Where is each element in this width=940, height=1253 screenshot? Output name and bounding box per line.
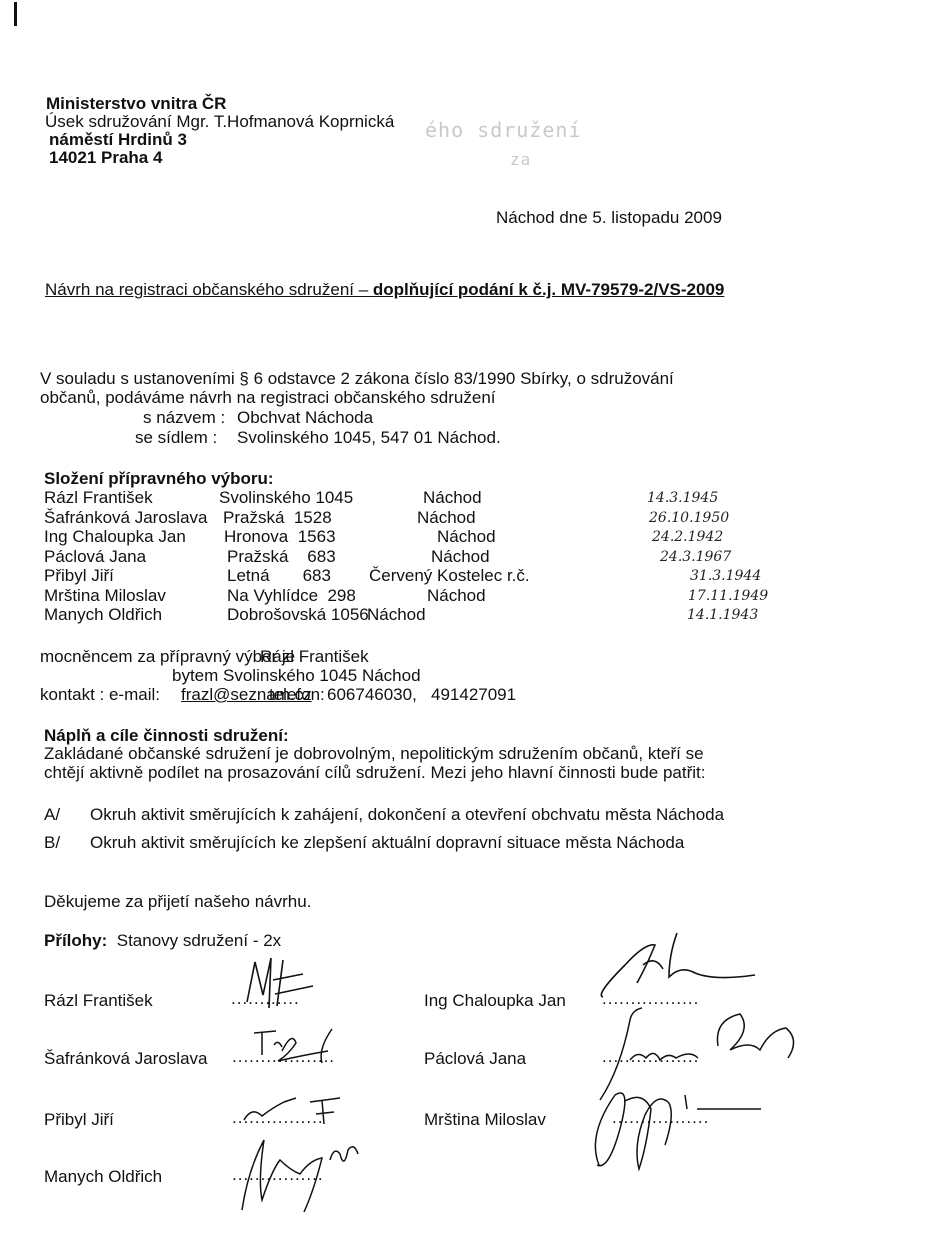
member-street: Hronova 1563 — [224, 528, 336, 545]
attachments-label: Přílohy: — [44, 931, 107, 950]
representative-label: mocněncem za přípravný výbor je — [40, 648, 295, 665]
signatory-name: Manych Oldřich — [44, 1168, 162, 1185]
seat-label: se sídlem : — [135, 429, 217, 446]
member-street: Pražská 683 — [227, 548, 336, 565]
member-birth-date: 31.3.1944 — [690, 569, 761, 583]
member-birth-date: 26.10.1950 — [649, 511, 729, 525]
member-street: Dobrošovská 1056 — [227, 606, 369, 623]
member-name: Rázl František — [44, 489, 153, 506]
signatory-name: Mrština Miloslav — [424, 1111, 546, 1128]
thanks-line: Děkujeme za přijetí našeho návrhu. — [44, 893, 311, 910]
recipient-line3: náměstí Hrdinů 3 — [49, 131, 187, 148]
signatory-name: Rázl František — [44, 992, 153, 1009]
activity-b-text: Okruh aktivit směrujících ke zlepšení ak… — [90, 834, 684, 851]
member-name: Mrština Miloslav — [44, 587, 166, 604]
member-name: Přibyl Jiří — [44, 567, 114, 584]
subject-bold: doplňující podání k č.j. MV-79579-2/VS-2… — [373, 280, 724, 299]
member-city: Červený Kostelec r.č. — [369, 567, 530, 584]
recipient-line4: 14021 Praha 4 — [49, 149, 162, 166]
attachments-line: Přílohy: Stanovy sdružení - 2x — [44, 932, 281, 949]
seat-value: Svolinského 1045, 547 01 Náchod. — [237, 429, 501, 446]
signature-pribyl — [238, 1090, 348, 1130]
member-birth-date: 17.11.1949 — [688, 589, 768, 603]
member-street: Pražská 1528 — [223, 509, 332, 526]
signatory-name: Ing Chaloupka Jan — [424, 992, 566, 1009]
member-city: Náchod — [423, 489, 482, 506]
activity-a-marker: A/ — [44, 806, 60, 823]
intro-line2: občanů, podáváme návrh na registraci obč… — [40, 389, 496, 406]
committee-heading: Složení přípravného výboru: — [44, 470, 274, 487]
subject-line: Návrh na registraci občanského sdružení … — [45, 281, 724, 298]
intro-line1: V souladu s ustanoveními § 6 odstavce 2 … — [40, 370, 674, 387]
member-city: Náchod — [367, 606, 426, 623]
recipient-line1: Ministerstvo vnitra ČR — [46, 95, 226, 112]
member-birth-date: 14.1.1943 — [687, 608, 758, 622]
signatory-name: Páclová Jana — [424, 1050, 526, 1067]
place-date: Náchod dne 5. listopadu 2009 — [496, 209, 722, 226]
member-name: Manych Oldřich — [44, 606, 162, 623]
signature-safrankova — [248, 1025, 348, 1075]
name-value: Obchvat Náchoda — [237, 409, 373, 426]
signature-manych — [230, 1130, 370, 1220]
member-name: Páclová Jana — [44, 548, 146, 565]
signature-chaloupka — [585, 925, 785, 1005]
signature-mrstina — [585, 1085, 785, 1175]
member-birth-date: 14.3.1945 — [647, 491, 718, 505]
attachments-value: Stanovy sdružení - 2x — [117, 931, 281, 950]
recipient-line2: Úsek sdružování Mgr. T.Hofmanová Koprnic… — [45, 113, 394, 130]
activities-line2: chtějí aktivně podílet na prosazování cí… — [44, 764, 706, 781]
name-label: s názvem : — [143, 409, 225, 426]
member-name: Šafránková Jaroslava — [44, 509, 207, 526]
scan-edge-mark — [14, 2, 17, 26]
representative-address: bytem Svolinského 1045 Náchod — [172, 667, 421, 684]
member-city: Náchod — [437, 528, 496, 545]
member-street: Svolinského 1045 — [219, 489, 353, 506]
activity-a-text: Okruh aktivit směrujících k zahájení, do… — [90, 806, 724, 823]
member-street: Letná 683 — [227, 567, 331, 584]
ghost-stamp-text-2: za — [510, 152, 531, 168]
member-city: Náchod — [431, 548, 490, 565]
member-city: Náchod — [427, 587, 486, 604]
contact-label: kontakt : e-mail: — [40, 686, 160, 703]
ghost-stamp-text: ého sdružení — [425, 120, 582, 140]
signature-razl — [225, 950, 345, 1010]
signatory-name: Přibyl Jiří — [44, 1111, 114, 1128]
activities-line1: Zakládané občanské sdružení je dobrovoln… — [44, 745, 704, 762]
representative-name: Rázl František — [260, 648, 369, 665]
activity-b-marker: B/ — [44, 834, 60, 851]
member-street: Na Vyhlídce 298 — [227, 587, 356, 604]
member-city: Náchod — [417, 509, 476, 526]
member-name: Ing Chaloupka Jan — [44, 528, 186, 545]
subject-plain: Návrh na registraci občanského sdružení … — [45, 280, 373, 299]
member-birth-date: 24.3.1967 — [660, 550, 731, 564]
phone-1: 606746030, — [327, 686, 417, 703]
member-birth-date: 24.2.1942 — [652, 530, 723, 544]
phone-2: 491427091 — [431, 686, 516, 703]
phone-label: telefon: — [269, 686, 325, 703]
signatory-name: Šafránková Jaroslava — [44, 1050, 207, 1067]
activities-heading: Náplň a cíle činnosti sdružení: — [44, 727, 289, 744]
